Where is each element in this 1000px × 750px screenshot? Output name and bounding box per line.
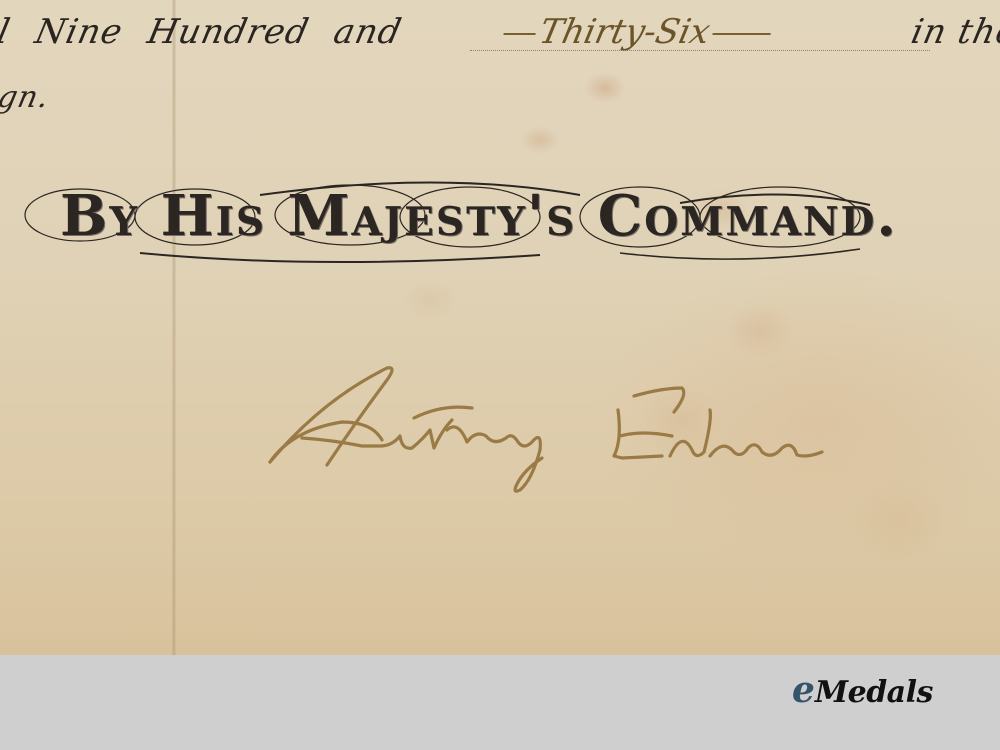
paper-fold-crease <box>172 0 176 655</box>
document-paper <box>0 0 1000 655</box>
date-word: Hundred <box>144 12 313 52</box>
date-word: Nine <box>31 12 126 52</box>
logo-e-mark: e <box>792 669 815 711</box>
date-line: l Nine Hundred and <box>0 12 420 52</box>
date-word: and <box>330 12 405 52</box>
reign-line: gn. <box>0 80 53 115</box>
handwritten-year: Thirty-Six <box>496 12 780 52</box>
dash-left <box>503 33 535 35</box>
logo-wordmark: Medals <box>815 675 933 710</box>
emedals-logo: eMedals <box>792 672 933 708</box>
dash-right <box>713 33 771 35</box>
command-heading: By His Majesty's Command. <box>20 175 880 265</box>
date-word: l <box>0 12 14 52</box>
signature-anthony-eden <box>262 360 842 500</box>
date-line-suffix: in the <box>908 12 1000 52</box>
heading-text: By His Majesty's Command. <box>60 183 898 249</box>
